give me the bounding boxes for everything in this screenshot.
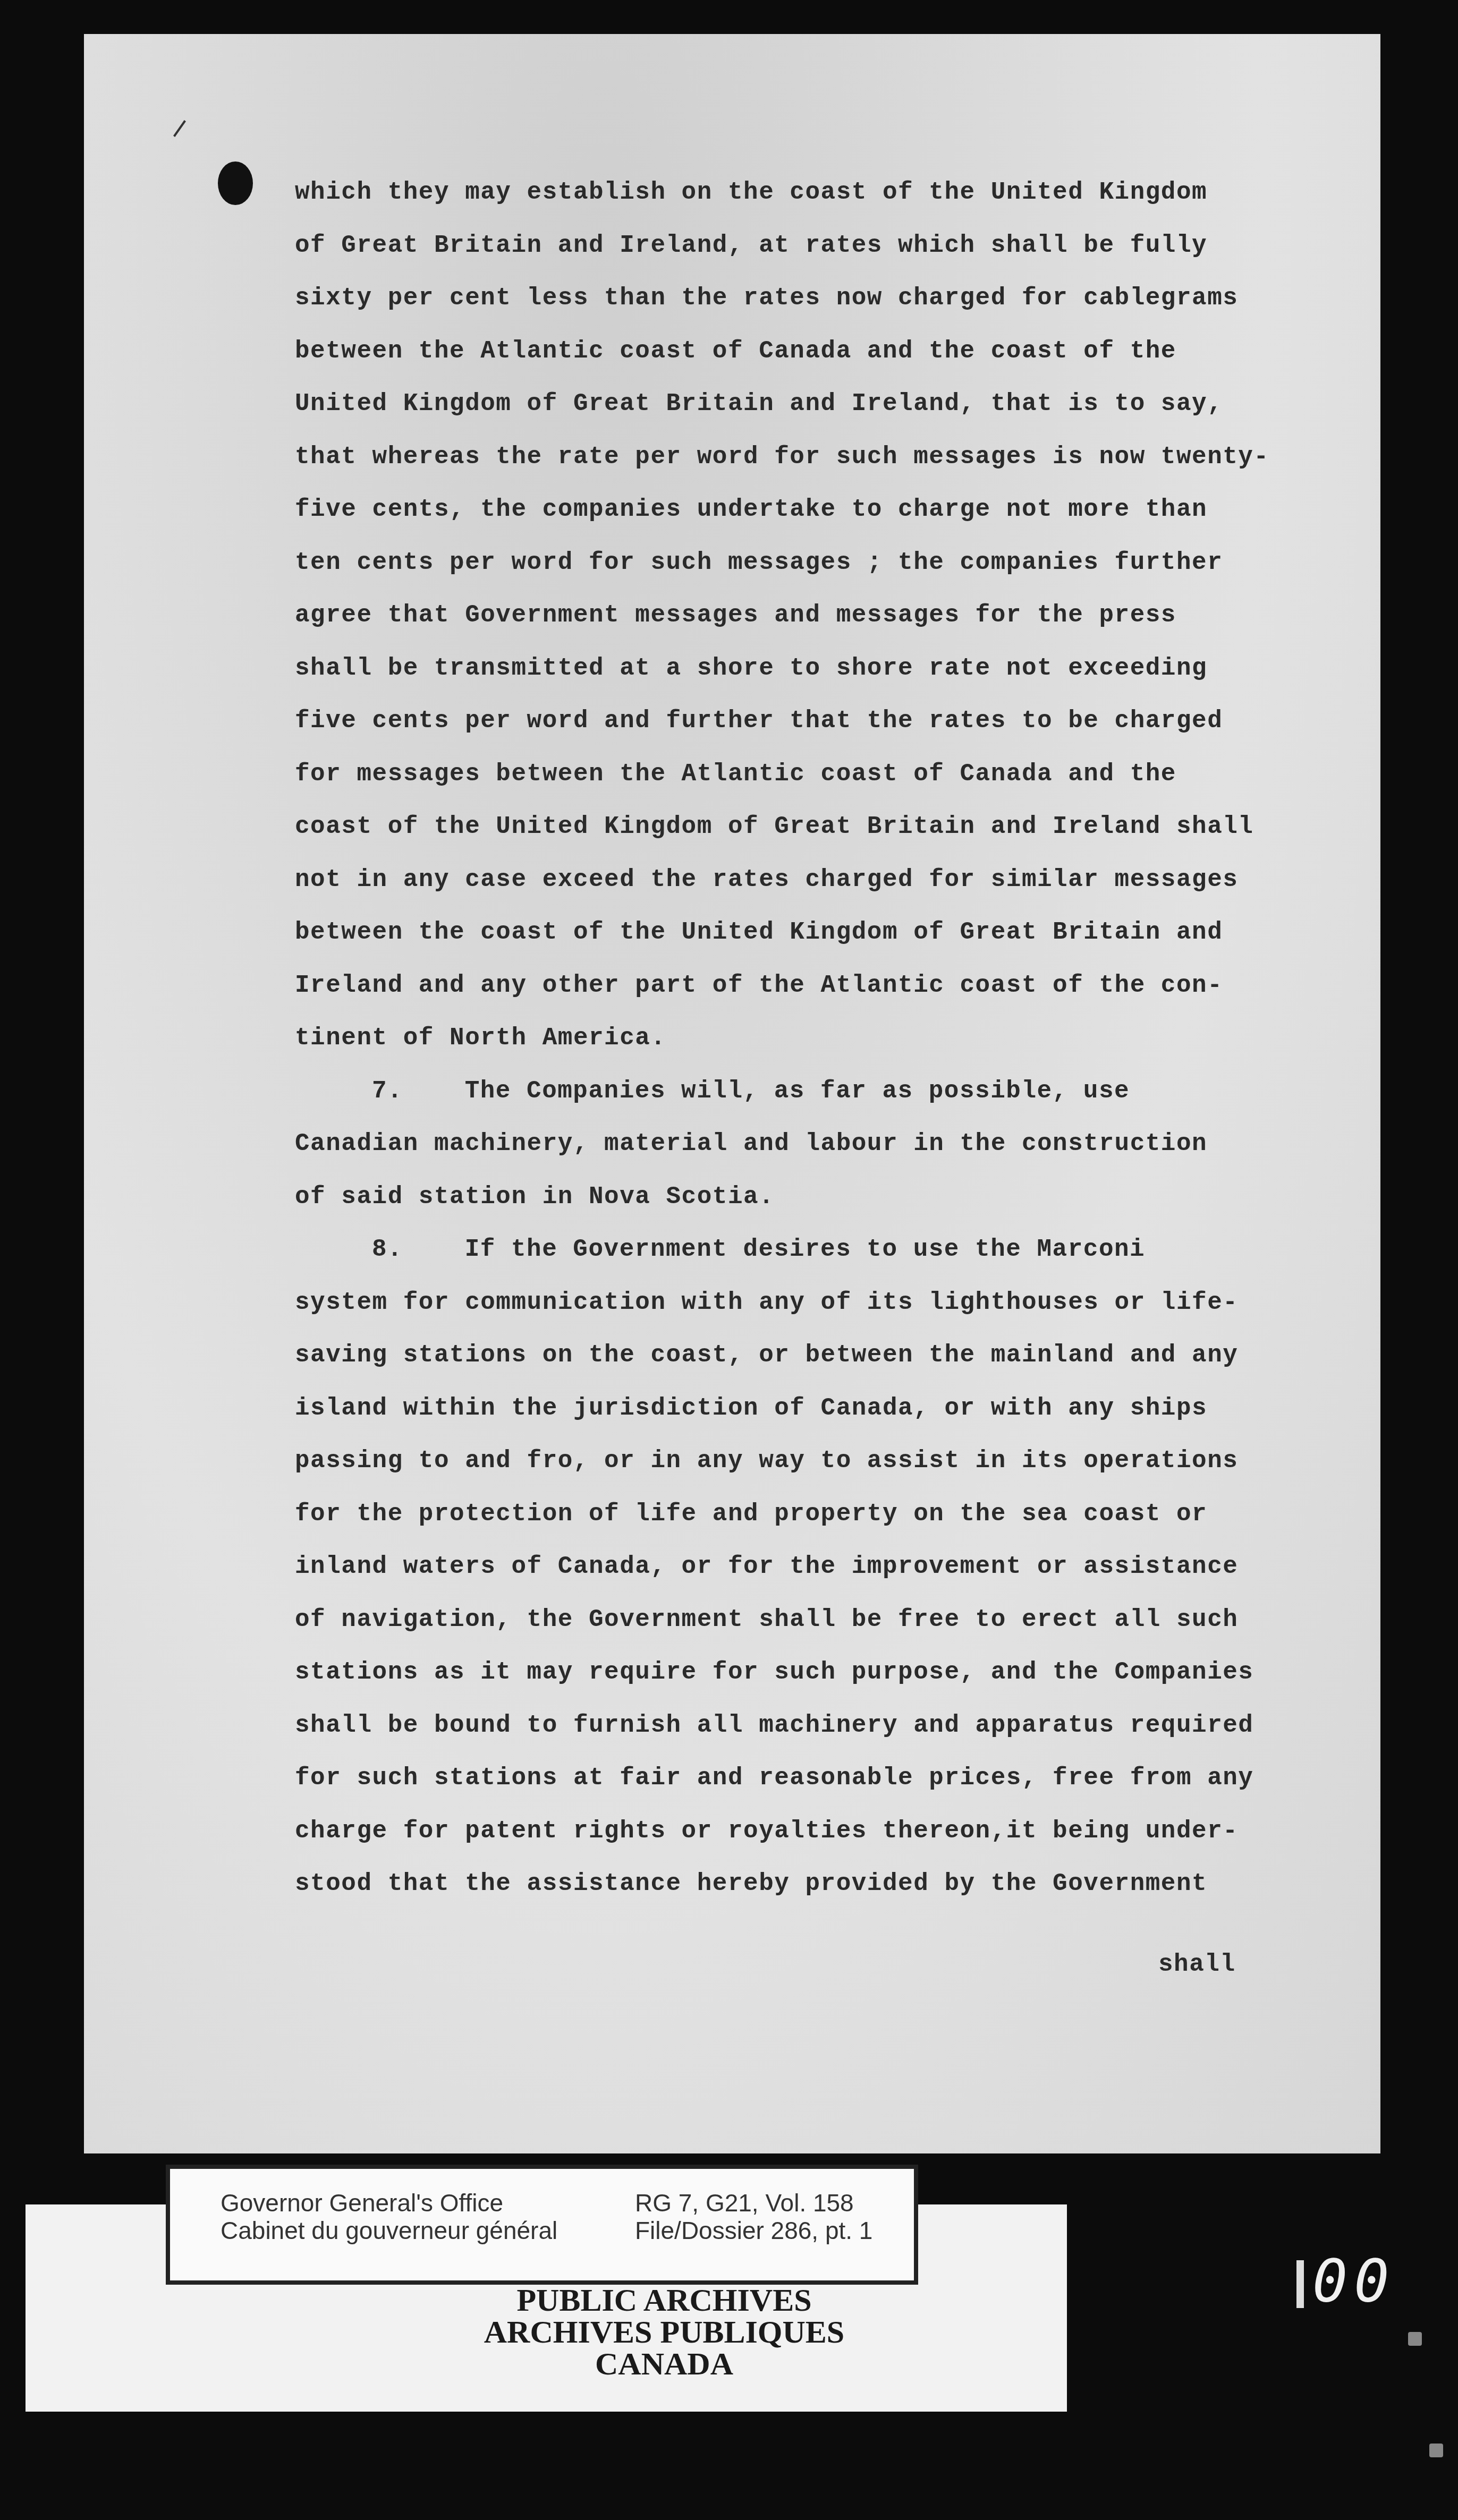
text-line: system for communication with any of its…	[295, 1287, 1331, 1340]
counter-digit-lead	[1296, 2260, 1304, 2308]
punch-hole	[218, 161, 253, 205]
text-line: 7. The Companies will, as far as possibl…	[295, 1075, 1331, 1128]
text-line: passing to and fro, or in any way to ass…	[295, 1445, 1331, 1498]
text-line: saving stations on the coast, or between…	[295, 1339, 1331, 1392]
sprocket-hole	[1429, 2444, 1443, 2457]
text-line: five cents per word and further that the…	[295, 705, 1331, 758]
office-fr: Cabinet du gouverneur général	[221, 2217, 557, 2244]
text-line: stations as it may require for such purp…	[295, 1656, 1331, 1709]
text-line: tinent of North America.	[295, 1022, 1331, 1075]
text-line: stood that the assistance hereby provide…	[295, 1868, 1331, 1921]
text-line: shall be transmitted at a shore to shore…	[295, 652, 1331, 705]
text-line: five cents, the companies undertake to c…	[295, 493, 1331, 547]
archive-line-1: PUBLIC ARCHIVES	[372, 2284, 956, 2316]
text-line: United Kingdom of Great Britain and Irel…	[295, 388, 1331, 441]
text-line: not in any case exceed the rates charged…	[295, 864, 1331, 917]
text-line: for messages between the Atlantic coast …	[295, 758, 1331, 811]
text-line: ten cents per word for such messages ; t…	[295, 547, 1331, 600]
file-number: File/Dossier 286, pt. 1	[635, 2217, 872, 2244]
archive-line-3: CANADA	[372, 2348, 956, 2380]
text-line: for such stations at fair and reasonable…	[295, 1762, 1331, 1815]
text-line: shall be bound to furnish all machinery …	[295, 1709, 1331, 1763]
text-line: for the protection of life and property …	[295, 1498, 1331, 1551]
frame-counter: 00	[1312, 2247, 1395, 2315]
text-line: Ireland and any other part of the Atlant…	[295, 969, 1331, 1023]
text-line: charge for patent rights or royalties th…	[295, 1815, 1331, 1868]
text-line: inland waters of Canada, or for the impr…	[295, 1551, 1331, 1604]
text-line: coast of the United Kingdom of Great Bri…	[295, 811, 1331, 864]
text-line: which they may establish on the coast of…	[295, 176, 1331, 229]
text-line: of navigation, the Government shall be f…	[295, 1604, 1331, 1657]
reference: RG 7, G21, Vol. 158	[635, 2189, 854, 2217]
archive-stamp: PUBLIC ARCHIVES ARCHIVES PUBLIQUES CANAD…	[372, 2284, 956, 2380]
text-line: between the Atlantic coast of Canada and…	[295, 335, 1331, 388]
sprocket-hole	[1408, 2332, 1422, 2346]
archive-line-2: ARCHIVES PUBLIQUES	[372, 2316, 956, 2348]
text-line: island within the jurisdiction of Canada…	[295, 1392, 1331, 1445]
document-body: which they may establish on the coast of…	[295, 176, 1331, 1921]
office-en: Governor General's Office	[221, 2189, 503, 2217]
text-line: of said station in Nova Scotia.	[295, 1181, 1331, 1234]
catchword: shall	[1158, 1951, 1236, 1978]
text-line: that whereas the rate per word for such …	[295, 441, 1331, 494]
text-line: Canadian machinery, material and labour …	[295, 1128, 1331, 1181]
archive-label: Governor General's Office Cabinet du gou…	[166, 2165, 918, 2285]
text-line: of Great Britain and Ireland, at rates w…	[295, 229, 1331, 283]
text-line: between the coast of the United Kingdom …	[295, 916, 1331, 969]
text-line: sixty per cent less than the rates now c…	[295, 282, 1331, 335]
text-line: agree that Government messages and messa…	[295, 599, 1331, 652]
text-line: 8. If the Government desires to use the …	[295, 1233, 1331, 1287]
